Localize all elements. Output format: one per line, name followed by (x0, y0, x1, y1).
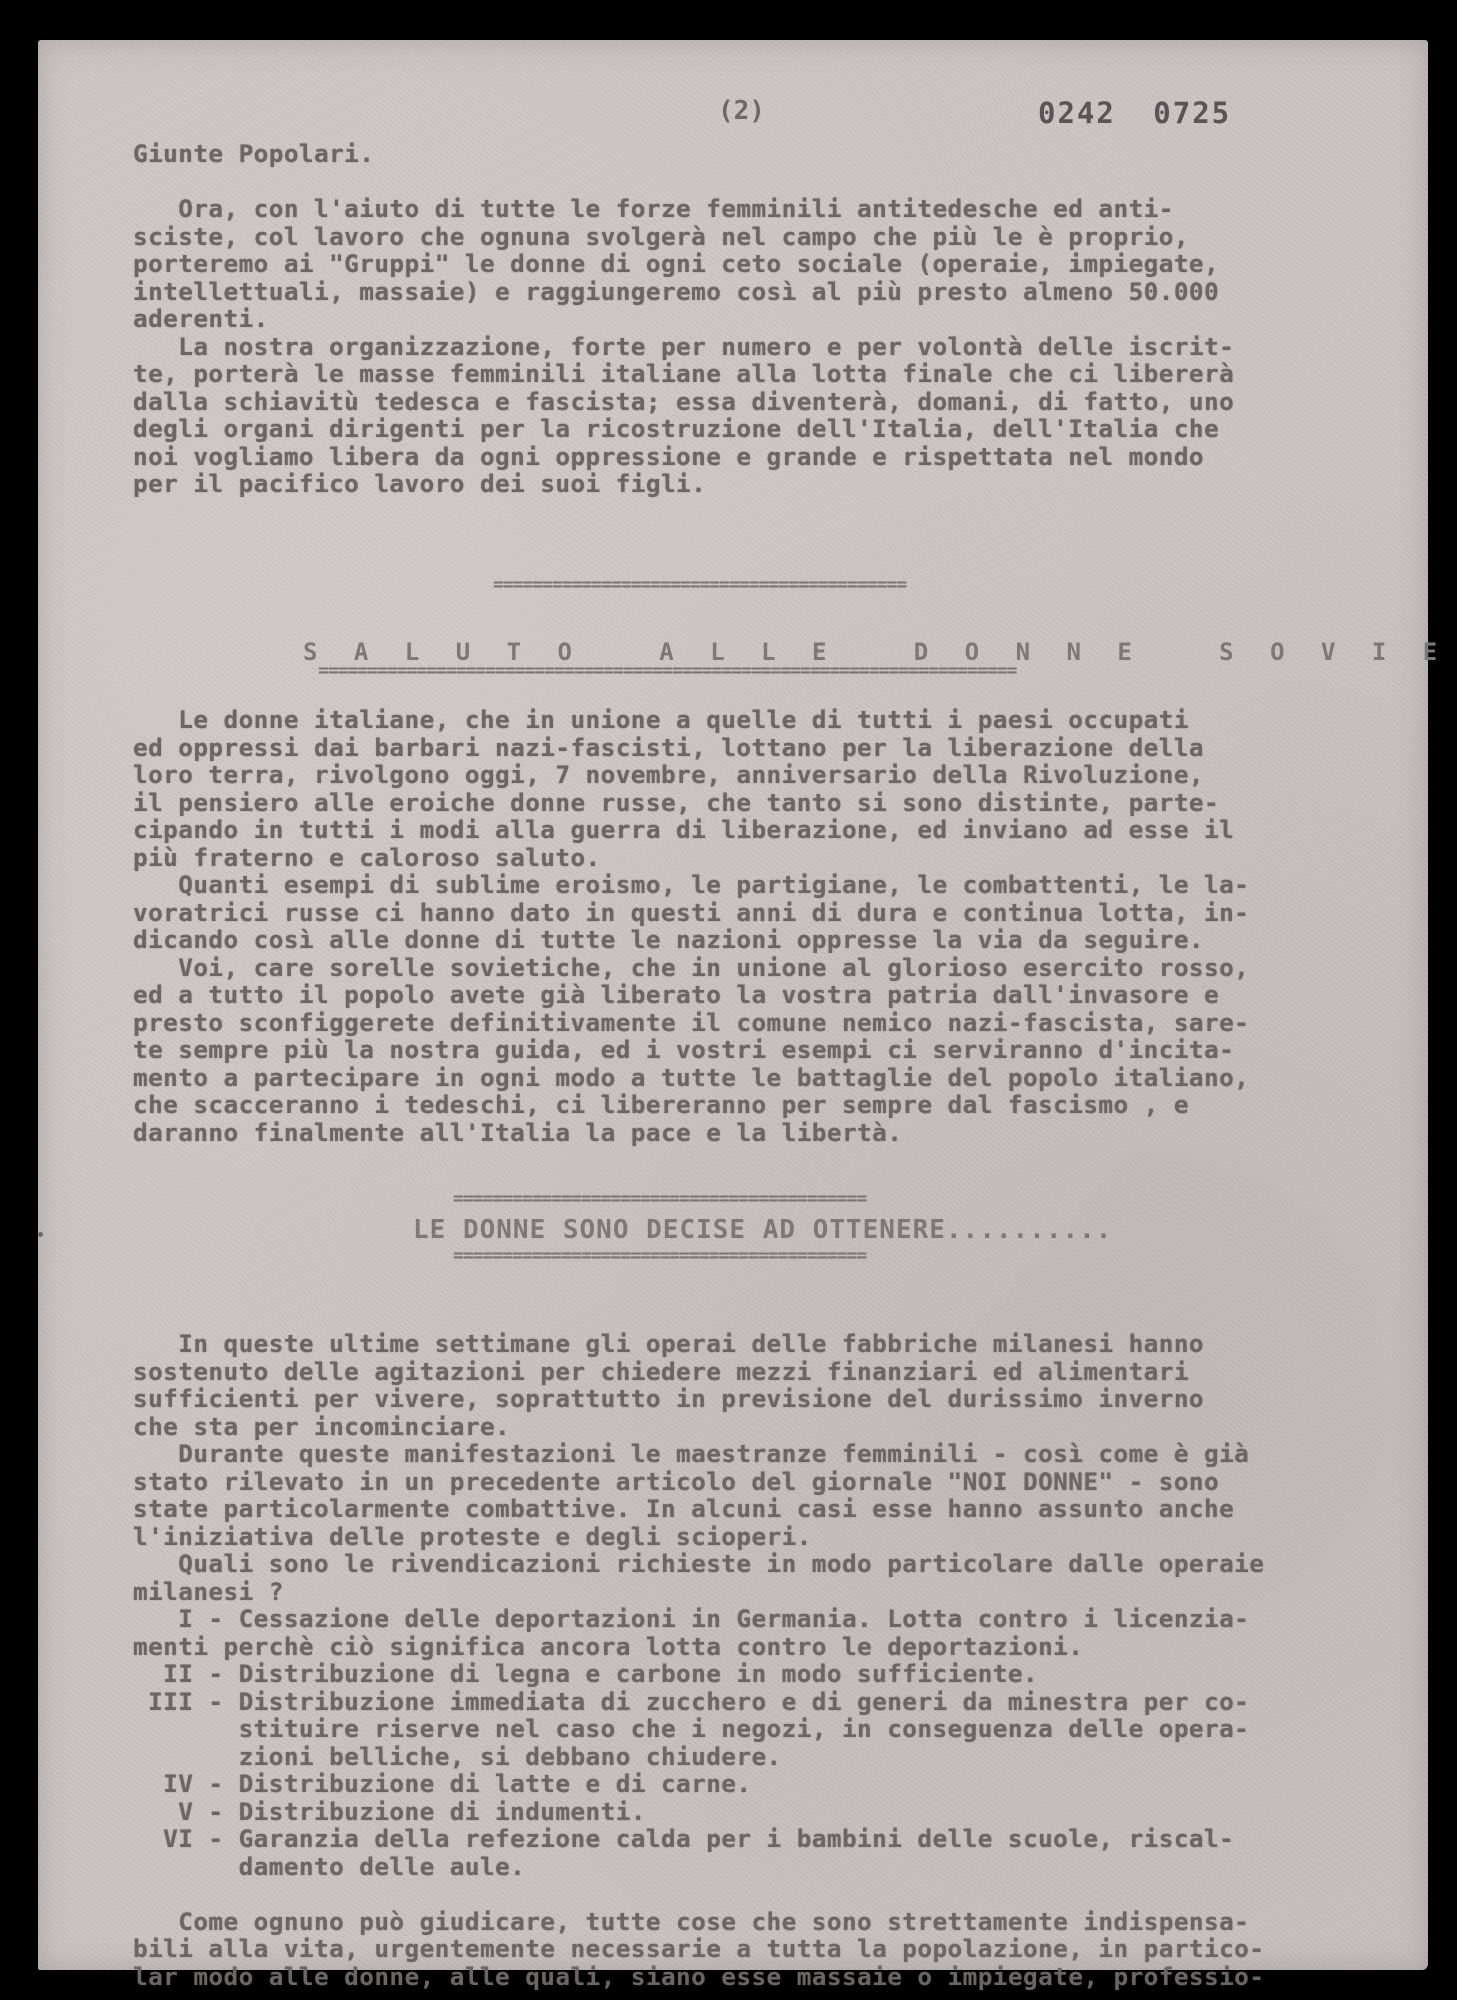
section-title-donne-decise: LE DONNE SONO DECISE AD OTTENERE........… (413, 1215, 1112, 1245)
document-page: (2) 0242 0725 Giunte Popolari. Ora, con … (38, 40, 1428, 1970)
section-body-saluto: Le donne italiane, che in unione a quell… (133, 706, 1433, 1146)
section-divider-top: ========================================… (453, 1188, 953, 1209)
section-body-rivendicazioni: In queste ultime settimane gli operai de… (133, 1330, 1433, 1990)
section-title-underline: ========================================… (453, 1245, 953, 1266)
section-divider-top: ========================================… (493, 574, 1043, 595)
archive-stamp-number: 0242 0725 (1038, 96, 1231, 130)
page-number: (2) (718, 96, 765, 126)
margin-mark (38, 1232, 43, 1237)
section-title-underline: ========================================… (318, 660, 1258, 681)
intro-paragraphs: Giunte Popolari. Ora, con l'aiuto di tut… (133, 140, 1433, 498)
